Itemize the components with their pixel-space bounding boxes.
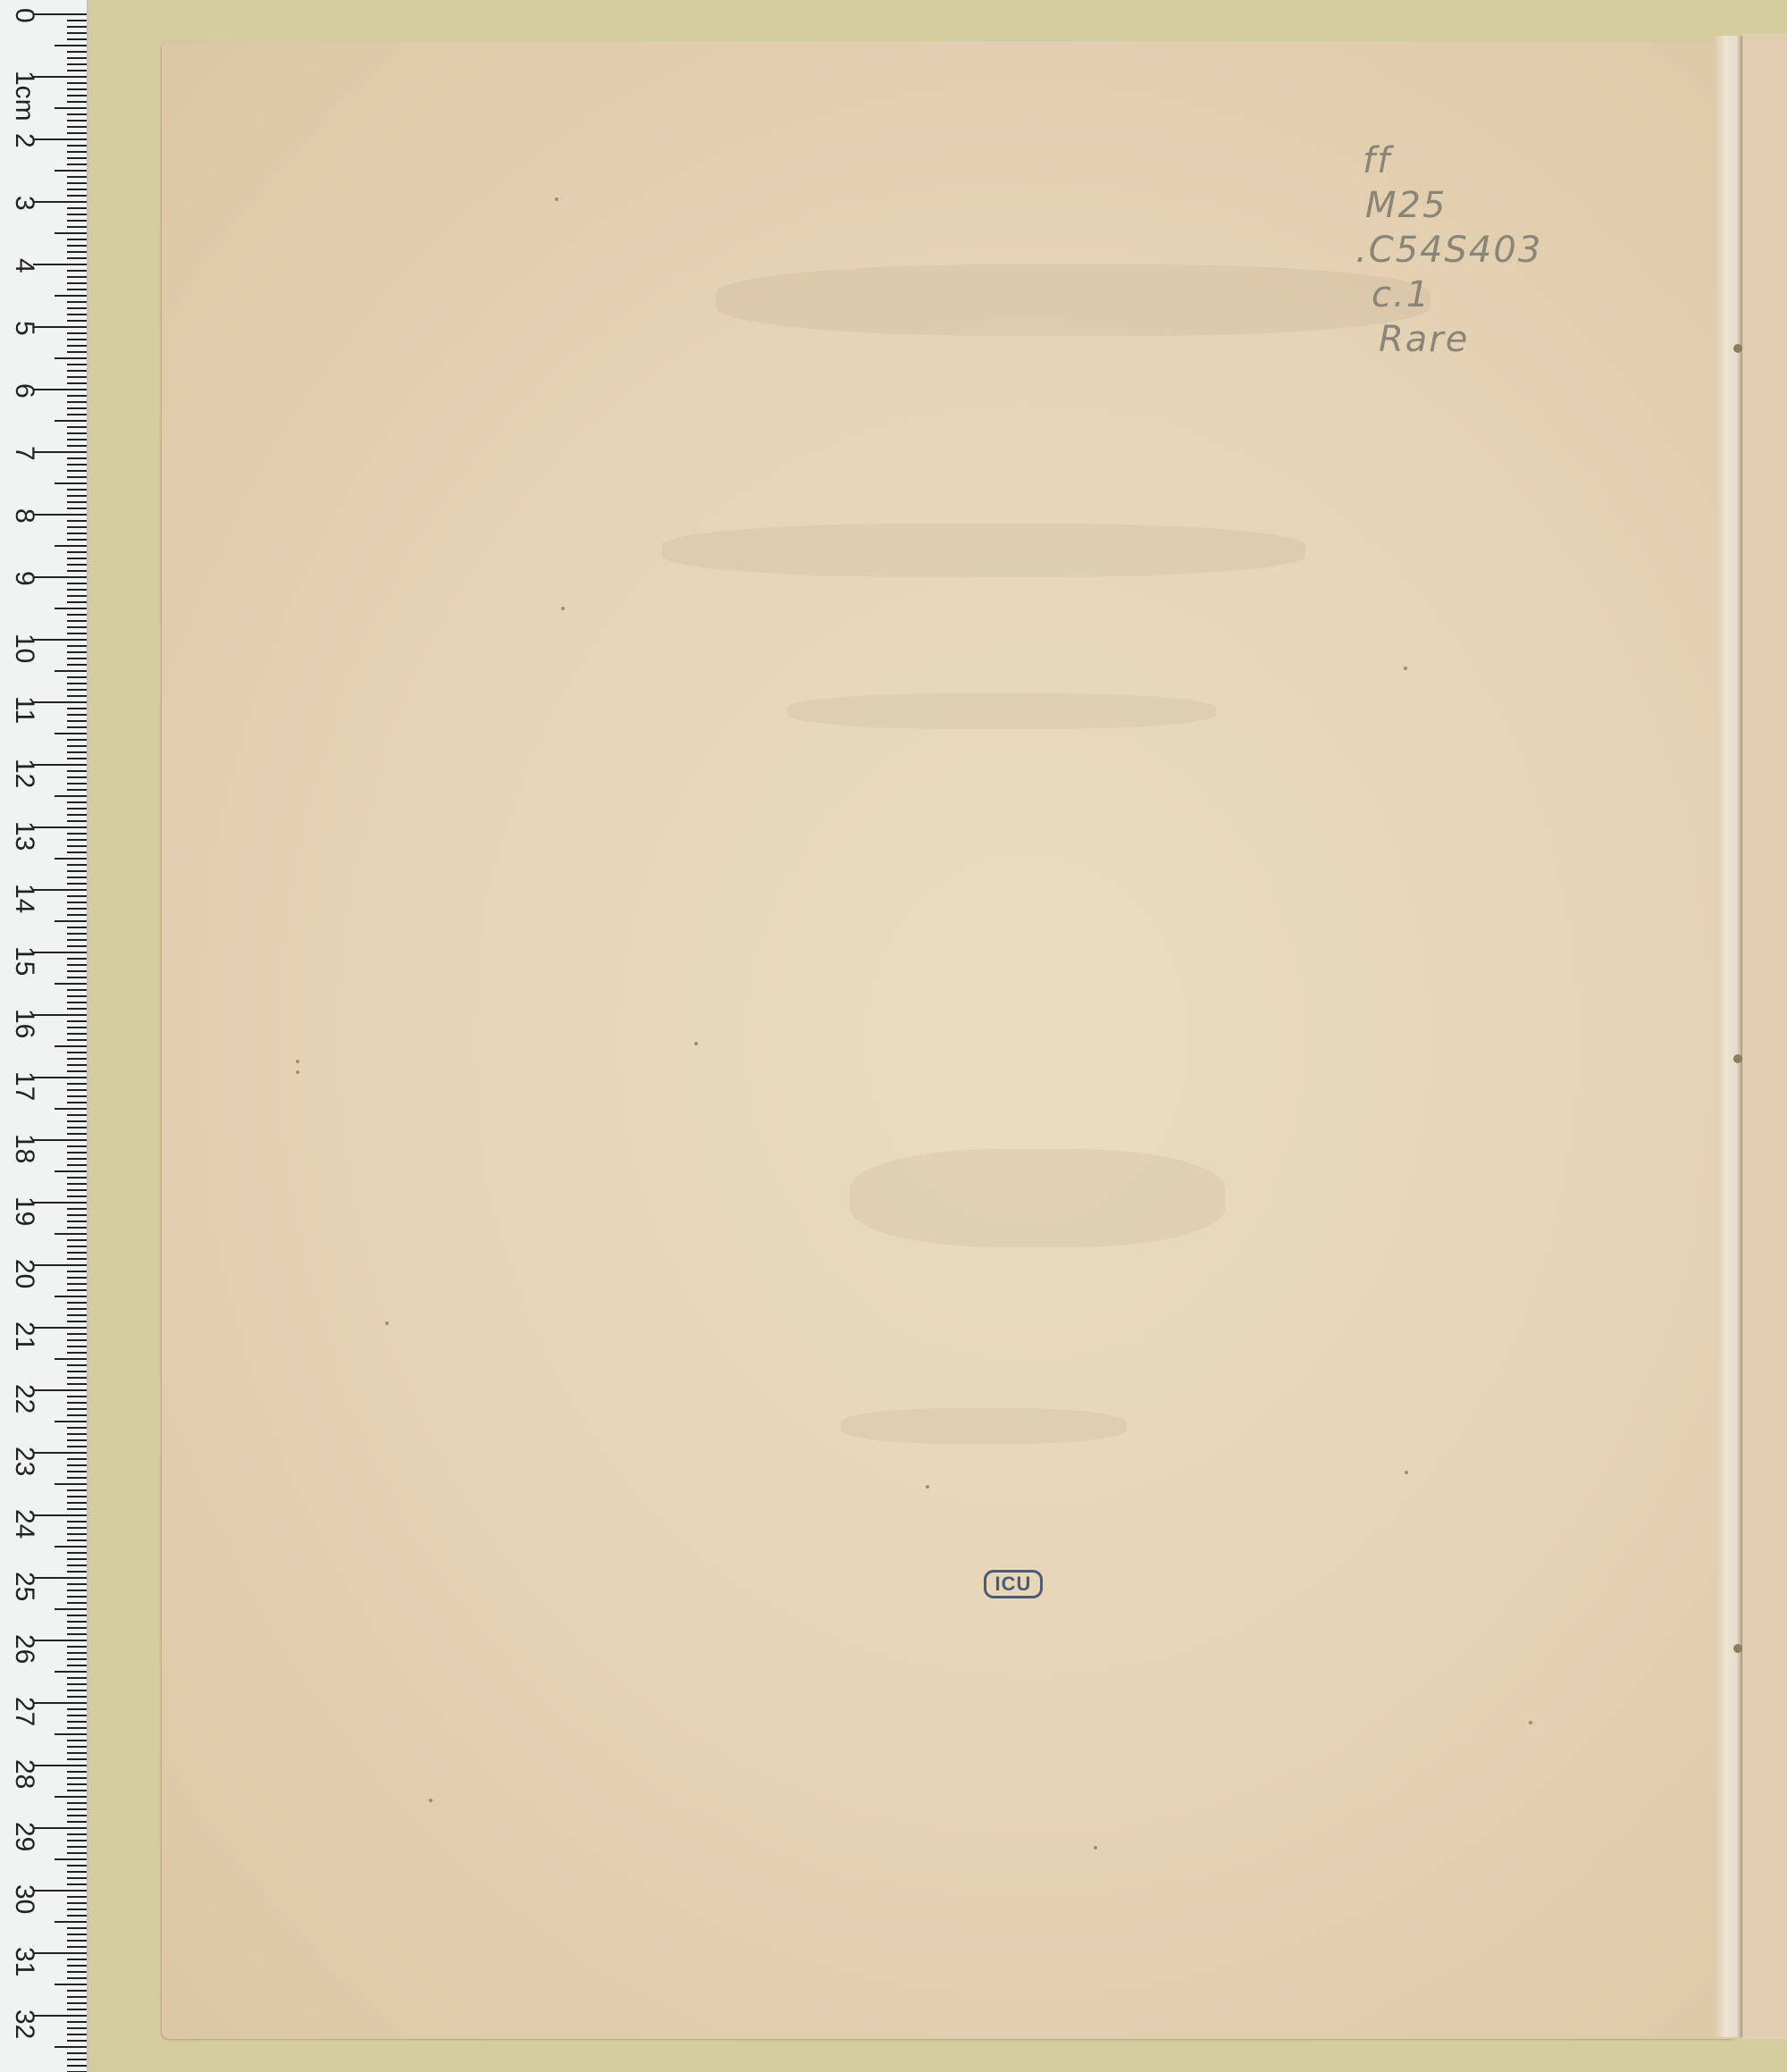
ruler-cm-label: 27 xyxy=(11,1697,38,1726)
ruler-tick xyxy=(67,1590,87,1591)
paper-speck xyxy=(385,1321,389,1325)
ruler-tick xyxy=(67,1195,87,1197)
ruler-tick xyxy=(55,1984,87,1985)
ruler-cm-label: 15 xyxy=(11,946,38,976)
ruler-tick xyxy=(67,26,87,28)
ruler-tick xyxy=(67,883,87,885)
ruler-tick xyxy=(67,1033,87,1035)
ruler-tick xyxy=(67,1321,87,1322)
ruler-tick xyxy=(67,1020,87,1022)
ruler-tick xyxy=(33,1077,87,1078)
ruler-tick xyxy=(67,445,87,447)
ruler-tick xyxy=(67,1602,87,1604)
paper-speck xyxy=(1094,1846,1097,1850)
ruler-tick xyxy=(55,357,87,359)
ruler-tick xyxy=(67,520,87,522)
ruler-tick xyxy=(67,1527,87,1529)
ruler-tick xyxy=(33,1202,87,1204)
ruler-tick xyxy=(67,708,87,709)
measurement-ruler: 01cm234567891011121314151617181920212223… xyxy=(0,0,88,2072)
ruler-tick xyxy=(67,995,87,997)
ruler-tick xyxy=(67,1558,87,1560)
ruler-tick xyxy=(67,1746,87,1748)
ruler-tick xyxy=(67,758,87,759)
ruler-tick xyxy=(67,1289,87,1291)
ruler-tick xyxy=(67,933,87,935)
ruler-tick xyxy=(67,964,87,966)
ruler-tick xyxy=(67,1427,87,1429)
ruler-tick xyxy=(67,151,87,153)
ruler-tick xyxy=(67,1808,87,1810)
ruler-tick xyxy=(67,345,87,347)
ruler-tick xyxy=(67,776,87,778)
ruler-tick xyxy=(67,695,87,697)
ruler-tick xyxy=(67,1790,87,1791)
ruler-tick xyxy=(67,1158,87,1160)
ruler-tick xyxy=(55,1796,87,1798)
ruler-cm-label: 21 xyxy=(11,1321,38,1351)
bleed-through-footer xyxy=(841,1408,1127,1444)
ruler-tick xyxy=(67,1646,87,1648)
ruler-tick xyxy=(67,664,87,666)
ruler-tick xyxy=(67,376,87,378)
ruler-tick xyxy=(67,1571,87,1573)
ruler-tick xyxy=(55,1733,87,1735)
ruler-tick xyxy=(55,1546,87,1548)
ruler-tick xyxy=(67,382,87,384)
call-number-line-2: M25 xyxy=(1365,183,1542,228)
ruler-tick xyxy=(67,207,87,209)
ruler-tick xyxy=(67,257,87,259)
ruler-tick xyxy=(67,958,87,960)
ruler-tick xyxy=(67,457,87,459)
staple-hole-icon xyxy=(1733,1054,1742,1063)
ruler-tick xyxy=(67,714,87,716)
ruler-tick xyxy=(67,214,87,215)
paper-speck xyxy=(555,197,558,201)
ruler-tick xyxy=(67,2040,87,2042)
ruler-tick xyxy=(67,626,87,628)
ruler-tick xyxy=(67,820,87,822)
ruler-cm-label: 14 xyxy=(11,884,38,913)
ruler-tick xyxy=(33,389,87,390)
ruler-tick xyxy=(67,1521,87,1523)
ruler-tick xyxy=(67,864,87,866)
ruler-tick xyxy=(67,1127,87,1128)
ruler-tick xyxy=(55,1108,87,1110)
ruler-tick xyxy=(67,270,87,272)
ruler-tick xyxy=(67,1877,87,1879)
ruler-tick xyxy=(67,645,87,647)
ruler-tick xyxy=(67,683,87,684)
ruler-tick xyxy=(67,1246,87,1247)
ruler-tick xyxy=(33,701,87,703)
ruler-tick xyxy=(67,1821,87,1823)
call-number-line-3: .C54S403 xyxy=(1355,228,1542,273)
ruler-tick xyxy=(67,1008,87,1010)
ruler-tick xyxy=(33,264,87,265)
ruler-tick xyxy=(55,733,87,734)
ruler-tick xyxy=(67,808,87,810)
ruler-tick xyxy=(67,1089,87,1091)
ruler-tick xyxy=(33,1139,87,1141)
ruler-tick xyxy=(67,1564,87,1566)
ruler-cm-label: 17 xyxy=(11,1071,38,1101)
ruler-tick xyxy=(67,1721,87,1723)
ruler-tick xyxy=(33,1389,87,1391)
ruler-tick xyxy=(33,889,87,891)
ruler-tick xyxy=(67,1471,87,1472)
ruler-tick xyxy=(67,1396,87,1397)
ruler-tick xyxy=(67,1439,87,1441)
ruler-tick xyxy=(55,545,87,547)
ruler-tick xyxy=(67,101,87,103)
ruler-tick xyxy=(33,1827,87,1829)
ruler-tick xyxy=(67,195,87,197)
ruler-tick xyxy=(67,1652,87,1654)
ruler-tick xyxy=(67,1114,87,1116)
ruler-cm-label: 1cm xyxy=(11,71,38,122)
ruler-tick xyxy=(67,1771,87,1773)
ruler-tick xyxy=(55,2046,87,2048)
ruler-tick xyxy=(67,239,87,240)
ruler-tick xyxy=(67,276,87,278)
ruler-tick xyxy=(67,833,87,835)
ruler-tick xyxy=(67,508,87,509)
ruler-tick xyxy=(55,232,87,234)
ruler-tick xyxy=(67,189,87,190)
ruler-tick xyxy=(67,1377,87,1379)
ruler-tick xyxy=(67,595,87,597)
ruler-tick xyxy=(67,126,87,128)
ruler-tick xyxy=(67,1934,87,1935)
ruler-tick xyxy=(67,1402,87,1404)
ruler-tick xyxy=(67,1627,87,1629)
ruler-cm-label: 7 xyxy=(11,446,38,461)
ruler-tick xyxy=(67,895,87,897)
ruler-tick xyxy=(67,1352,87,1354)
ruler-tick xyxy=(67,2009,87,2010)
ruler-tick xyxy=(67,583,87,584)
ruler-tick xyxy=(67,1915,87,1917)
ruler-tick xyxy=(55,858,87,860)
ruler-tick xyxy=(67,20,87,21)
ruler-tick xyxy=(67,1208,87,1210)
ruler-cm-label: 24 xyxy=(11,1509,38,1539)
ruler-tick xyxy=(33,1577,87,1579)
ruler-tick xyxy=(55,1921,87,1923)
ruler-tick xyxy=(67,289,87,290)
ruler-tick xyxy=(67,432,87,434)
ruler-tick xyxy=(67,1971,87,1973)
ruler-tick xyxy=(67,939,87,941)
ruler-tick xyxy=(67,620,87,622)
ruler-tick xyxy=(67,314,87,315)
ruler-tick xyxy=(67,1177,87,1179)
ruler-tick xyxy=(55,482,87,484)
ruler-tick xyxy=(33,76,87,78)
ruler-tick xyxy=(67,182,87,184)
ruler-tick xyxy=(67,1902,87,1904)
ruler-cm-label: 23 xyxy=(11,1447,38,1476)
ruler-cm-label: 8 xyxy=(11,508,38,524)
ruler-tick xyxy=(67,1727,87,1729)
bleed-through-ornament xyxy=(850,1149,1225,1247)
ruler-tick xyxy=(67,307,87,309)
ruler-tick xyxy=(67,495,87,497)
ruler-cm-label: 10 xyxy=(11,633,38,663)
ruler-tick xyxy=(67,320,87,322)
ruler-tick xyxy=(67,332,87,334)
ruler-tick xyxy=(67,1883,87,1885)
ruler-tick xyxy=(67,2065,87,2067)
ruler-tick xyxy=(67,245,87,247)
call-number-line-1: ff xyxy=(1363,138,1542,183)
ruler-tick xyxy=(55,1858,87,1860)
ruler-tick xyxy=(33,1890,87,1892)
ruler-tick xyxy=(67,1621,87,1623)
bleed-through-line xyxy=(787,693,1216,729)
ruler-tick xyxy=(55,295,87,297)
ruler-tick xyxy=(67,2052,87,2054)
paper-speck xyxy=(561,607,565,610)
ruler-tick xyxy=(55,1045,87,1047)
ruler-tick xyxy=(33,1765,87,1766)
ruler-tick xyxy=(67,501,87,503)
ruler-tick xyxy=(67,1596,87,1598)
ruler-cm-label: 2 xyxy=(11,133,38,148)
ruler-tick xyxy=(67,120,87,122)
ruler-tick xyxy=(67,401,87,403)
ruler-tick xyxy=(67,676,87,678)
ruler-tick xyxy=(67,1333,87,1335)
ruler-tick xyxy=(67,927,87,928)
ruler-tick xyxy=(67,977,87,978)
ruler-tick xyxy=(67,908,87,910)
paper-speck xyxy=(1405,1471,1408,1474)
staple-hole-icon xyxy=(1733,1644,1742,1653)
ruler-tick xyxy=(67,551,87,553)
ruler-tick xyxy=(67,1070,87,1072)
ruler-tick xyxy=(67,2027,87,2029)
ruler-cm-label: 9 xyxy=(11,571,38,586)
ruler-tick xyxy=(67,1283,87,1285)
ruler-tick xyxy=(67,1258,87,1260)
ruler-tick xyxy=(33,138,87,140)
ruler-tick xyxy=(67,476,87,478)
ruler-cm-label: 5 xyxy=(11,321,38,336)
paper-speck xyxy=(296,1060,299,1063)
ruler-tick xyxy=(67,1271,87,1272)
ruler-tick xyxy=(33,451,87,453)
ruler-tick xyxy=(67,220,87,222)
ruler-tick xyxy=(67,1102,87,1103)
ruler-tick xyxy=(33,1952,87,1954)
ruler-tick xyxy=(33,514,87,516)
ruler-tick xyxy=(33,2015,87,2017)
ruler-tick xyxy=(67,614,87,616)
ruler-tick xyxy=(67,845,87,847)
ruler-tick xyxy=(67,282,87,284)
ruler-tick xyxy=(67,1464,87,1466)
ruler-tick xyxy=(67,1690,87,1691)
ruler-tick xyxy=(67,1346,87,1347)
ruler-tick xyxy=(33,1452,87,1454)
ruler-tick xyxy=(55,1608,87,1610)
ruler-tick xyxy=(67,1027,87,1028)
paper-speck xyxy=(296,1070,299,1074)
pencil-call-number: ff M25 .C54S403 c.1 Rare xyxy=(1363,138,1542,362)
ruler-tick xyxy=(67,1364,87,1366)
ruler-tick xyxy=(67,132,87,134)
ruler-tick xyxy=(67,839,87,841)
paper-speck xyxy=(926,1485,929,1489)
ruler-tick xyxy=(55,1671,87,1673)
ruler-tick xyxy=(67,1615,87,1616)
ruler-tick xyxy=(67,770,87,772)
ruler-cm-label: 3 xyxy=(11,196,38,211)
ruler-tick xyxy=(33,201,87,203)
ruler-tick xyxy=(67,851,87,853)
ruler-tick xyxy=(67,1239,87,1241)
ruler-tick xyxy=(67,1446,87,1447)
ruler-tick xyxy=(67,814,87,816)
ruler-tick xyxy=(67,1683,87,1685)
ruler-tick xyxy=(67,88,87,90)
ruler-cm-label: 6 xyxy=(11,383,38,398)
ruler-tick xyxy=(33,1327,87,1329)
ruler-tick xyxy=(67,1227,87,1229)
ruler-tick xyxy=(67,945,87,947)
adjacent-page-edge xyxy=(1742,34,1787,2039)
ruler-tick xyxy=(55,107,87,109)
ruler-tick xyxy=(67,370,87,372)
ruler-tick xyxy=(33,13,87,15)
ruler-tick xyxy=(67,1840,87,1841)
library-stamp: ICU xyxy=(984,1570,1043,1598)
ruler-tick xyxy=(67,1815,87,1816)
bleed-through-title xyxy=(716,264,1430,336)
ruler-tick xyxy=(67,1508,87,1510)
ruler-tick xyxy=(55,920,87,922)
ruler-tick xyxy=(33,1640,87,1641)
ruler-tick xyxy=(55,1233,87,1235)
ruler-tick xyxy=(67,1002,87,1003)
ruler-cm-label: 22 xyxy=(11,1384,38,1413)
ruler-tick xyxy=(67,989,87,991)
ruler-tick xyxy=(67,751,87,753)
ruler-tick xyxy=(67,1164,87,1166)
ruler-tick xyxy=(67,720,87,722)
ruler-tick xyxy=(67,1696,87,1698)
ruler-tick xyxy=(67,1708,87,1710)
ruler-tick xyxy=(67,589,87,591)
ruler-tick xyxy=(67,1833,87,1835)
ruler-cm-label: 12 xyxy=(11,759,38,788)
ruler-tick xyxy=(67,2021,87,2023)
ruler-tick xyxy=(67,395,87,397)
call-number-line-4: c.1 xyxy=(1372,273,1542,317)
ruler-cm-label: 29 xyxy=(11,1822,38,1851)
ruler-tick xyxy=(33,639,87,641)
ruler-tick xyxy=(67,145,87,147)
ruler-tick xyxy=(67,1959,87,1960)
ruler-tick xyxy=(67,877,87,878)
ruler-tick xyxy=(33,952,87,953)
ruler-cm-label: 28 xyxy=(11,1759,38,1789)
ruler-tick xyxy=(67,489,87,491)
ruler-tick xyxy=(67,1120,87,1122)
ruler-tick xyxy=(67,1371,87,1372)
paper-speck xyxy=(1529,1721,1532,1724)
ruler-tick xyxy=(33,1014,87,1016)
ruler-tick xyxy=(67,1064,87,1066)
ruler-cm-label: 30 xyxy=(11,1884,38,1914)
ruler-tick xyxy=(67,1145,87,1147)
ruler-tick xyxy=(67,914,87,916)
ruler-tick xyxy=(67,113,87,115)
ruler-tick xyxy=(55,608,87,609)
ruler-tick xyxy=(67,364,87,365)
ruler-tick xyxy=(67,1052,87,1053)
ruler-tick xyxy=(67,1252,87,1254)
ruler-cm-label: 31 xyxy=(11,1947,38,1976)
ruler-cm-label: 11 xyxy=(11,696,38,724)
ruler-tick xyxy=(67,789,87,791)
ruler-tick xyxy=(67,689,87,691)
ruler-tick xyxy=(67,533,87,534)
ruler-tick xyxy=(67,564,87,566)
ruler-tick xyxy=(67,1308,87,1310)
ruler-tick xyxy=(67,1758,87,1760)
ruler-cm-label: 26 xyxy=(11,1634,38,1664)
ruler-tick xyxy=(67,1715,87,1716)
ruler-tick xyxy=(67,1871,87,1873)
ruler-tick xyxy=(67,1783,87,1785)
ruler-tick xyxy=(33,826,87,828)
ruler-tick xyxy=(67,251,87,253)
ruler-tick xyxy=(67,1214,87,1216)
ruler-tick xyxy=(67,1383,87,1385)
ruler-cm-label: 19 xyxy=(11,1196,38,1226)
ruler-tick xyxy=(67,339,87,340)
ruler-tick xyxy=(67,601,87,603)
paper-speck xyxy=(694,1042,698,1045)
ruler-tick xyxy=(67,570,87,572)
ruler-tick xyxy=(67,1802,87,1804)
ruler-cm-label: 16 xyxy=(11,1009,38,1038)
ruler-tick xyxy=(67,633,87,634)
ruler-tick xyxy=(67,95,87,96)
ruler-tick xyxy=(67,439,87,440)
ruler-tick xyxy=(67,1996,87,1998)
ruler-tick xyxy=(67,1433,87,1435)
ruler-tick xyxy=(67,1414,87,1416)
ruler-tick xyxy=(67,226,87,228)
ruler-tick xyxy=(55,1421,87,1422)
ruler-tick xyxy=(67,464,87,466)
ruler-tick xyxy=(67,651,87,653)
ruler-tick xyxy=(55,1483,87,1485)
ruler-tick xyxy=(67,51,87,53)
ruler-tick xyxy=(67,1489,87,1491)
paper-speck xyxy=(1404,667,1407,670)
ruler-tick xyxy=(67,902,87,903)
ruler-tick xyxy=(67,783,87,784)
ruler-tick xyxy=(67,351,87,353)
ruler-tick xyxy=(55,670,87,672)
ruler-tick xyxy=(67,1852,87,1854)
